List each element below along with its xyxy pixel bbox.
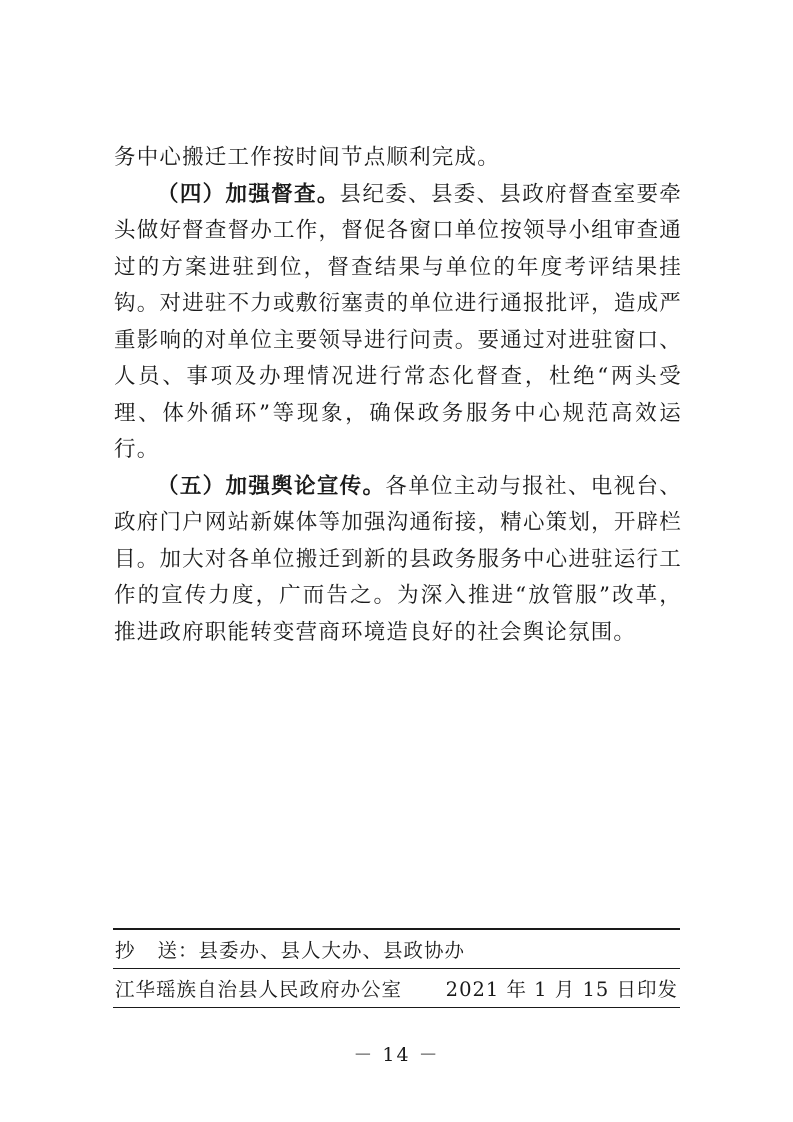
footer-rule-bottom <box>113 1007 680 1009</box>
paragraph-text: 务中心搬迁工作按时间节点顺利完成。 <box>114 145 500 170</box>
cc-recipients: 县委办、县人大办、县政协办 <box>199 939 466 962</box>
cc-row: 抄送：县委办、县人大办、县政协办 <box>113 930 680 968</box>
section-heading-supervision: （四）加强督查。 <box>157 182 340 207</box>
section-heading-publicity: （五）加强舆论宣传。 <box>157 474 385 499</box>
document-footer: 抄送：县委办、县人大办、县政协办 江华瑶族自治县人民政府办公室 2021 年 1… <box>113 928 680 1008</box>
paragraph-supervision: （四）加强督查。县纪委、县委、县政府督查室要牵头做好督查督办工作，督促各窗口单位… <box>114 177 682 469</box>
paragraph-text: 县纪委、县委、县政府督查室要牵头做好督查督办工作，督促各窗口单位按领导小组审查通… <box>114 182 682 463</box>
page-number: － 14 － <box>0 1040 793 1067</box>
paragraph-continuation: 务中心搬迁工作按时间节点顺利完成。 <box>114 140 682 177</box>
paragraph-publicity: （五）加强舆论宣传。各单位主动与报社、电视台、政府门户网站新媒体等加强沟通衔接，… <box>114 469 682 652</box>
cc-label: 抄送： <box>115 935 199 963</box>
issuer-name: 江华瑶族自治县人民政府办公室 <box>115 974 402 1002</box>
issue-date: 2021 年 1 月 15 日印发 <box>446 974 678 1002</box>
document-body: 务中心搬迁工作按时间节点顺利完成。 （四）加强督查。县纪委、县委、县政府督查室要… <box>114 140 682 651</box>
cc-line: 抄送：县委办、县人大办、县政协办 <box>115 935 465 963</box>
paragraph-text: 各单位主动与报社、电视台、政府门户网站新媒体等加强沟通衔接，精心策划，开辟栏目。… <box>114 474 682 645</box>
issuer-row: 江华瑶族自治县人民政府办公室 2021 年 1 月 15 日印发 <box>113 969 680 1007</box>
